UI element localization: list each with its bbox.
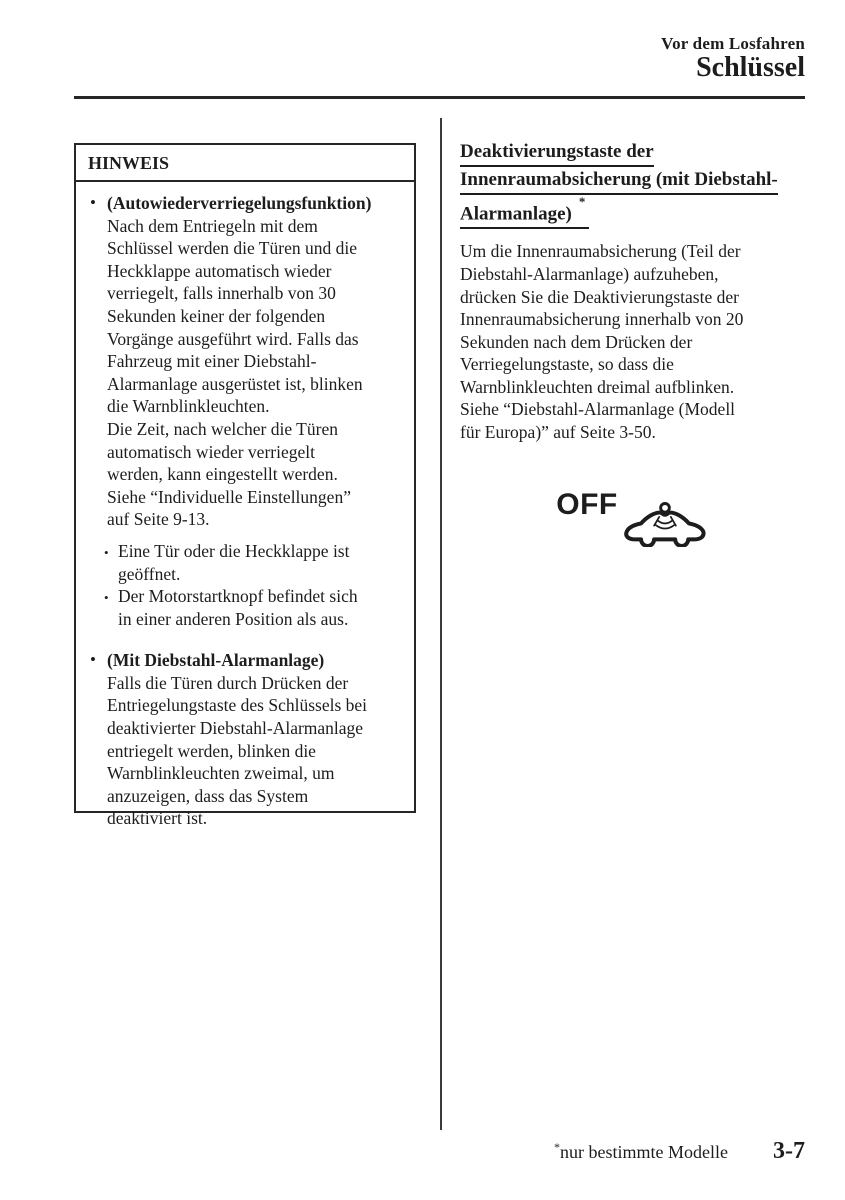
sub-bullet-icon: • bbox=[104, 540, 118, 585]
footnote-text: nur bestimmte Modelle bbox=[560, 1142, 728, 1162]
note-title: HINWEIS bbox=[76, 145, 414, 182]
note-sub-list: • Eine Tür oder die Heckklappe ist geöff… bbox=[104, 540, 408, 630]
note-bullet-text: Nach dem Entriegeln mit dem Schlüssel we… bbox=[107, 215, 408, 531]
section-heading-line: Innenraumabsicherung (mit Diebstahl- bbox=[460, 167, 778, 195]
manual-page: Vor dem Losfahren Schlüssel HINWEIS • (A… bbox=[0, 0, 845, 1200]
note-body: • (Autowiederverriegelungsfunktion) Nach… bbox=[76, 182, 414, 830]
page-footer: *nur bestimmte Modelle 3-7 bbox=[554, 1138, 805, 1165]
sensor-off-figure: OFF bbox=[460, 490, 806, 552]
note-bullet-autolock: • (Autowiederverriegelungsfunktion) Nach… bbox=[90, 192, 408, 639]
page-title: Schlüssel bbox=[696, 52, 805, 84]
section-heading: Deaktivierungstaste der Innenraumabsiche… bbox=[460, 139, 806, 229]
sub-bullet-icon: • bbox=[104, 585, 118, 630]
sub-bullet-text: Eine Tür oder die Heckklappe ist geöffne… bbox=[118, 540, 349, 585]
note-bullet-text: Falls die Türen durch Drücken der Entrie… bbox=[107, 672, 408, 830]
header-section-label: Vor dem Losfahren bbox=[661, 34, 805, 54]
section-heading-line: Deaktivierungstaste der bbox=[460, 139, 654, 167]
off-label: OFF bbox=[556, 490, 618, 520]
note-bullet-heading: (Mit Diebstahl-Alarmanlage) bbox=[107, 649, 408, 672]
note-sub-bullet: • Der Motorstartknopf befindet sich in e… bbox=[104, 585, 408, 630]
column-divider bbox=[440, 118, 442, 1130]
section-paragraph: Um die Innenraumabsicherung (Teil der Di… bbox=[460, 240, 806, 443]
bullet-icon: • bbox=[90, 649, 107, 830]
header-rule bbox=[74, 96, 805, 99]
footnote: *nur bestimmte Modelle bbox=[554, 1140, 728, 1163]
note-box: HINWEIS • (Autowiederverriegelungsfunkti… bbox=[74, 143, 416, 813]
car-interior-sensor-icon bbox=[620, 497, 710, 552]
heading-asterisk: * bbox=[572, 194, 590, 209]
sub-bullet-text: Der Motorstartknopf befindet sich in ein… bbox=[118, 585, 358, 630]
right-column: Deaktivierungstaste der Innenraumabsiche… bbox=[460, 139, 806, 552]
page-number: 3-7 bbox=[773, 1138, 805, 1165]
note-bullet-heading: (Autowiederverriegelungsfunktion) bbox=[107, 192, 408, 215]
section-heading-line: Alarmanlage)* bbox=[460, 195, 589, 229]
note-sub-bullet: • Eine Tür oder die Heckklappe ist geöff… bbox=[104, 540, 408, 585]
note-bullet-alarm: • (Mit Diebstahl-Alarmanlage) Falls die … bbox=[90, 649, 408, 830]
